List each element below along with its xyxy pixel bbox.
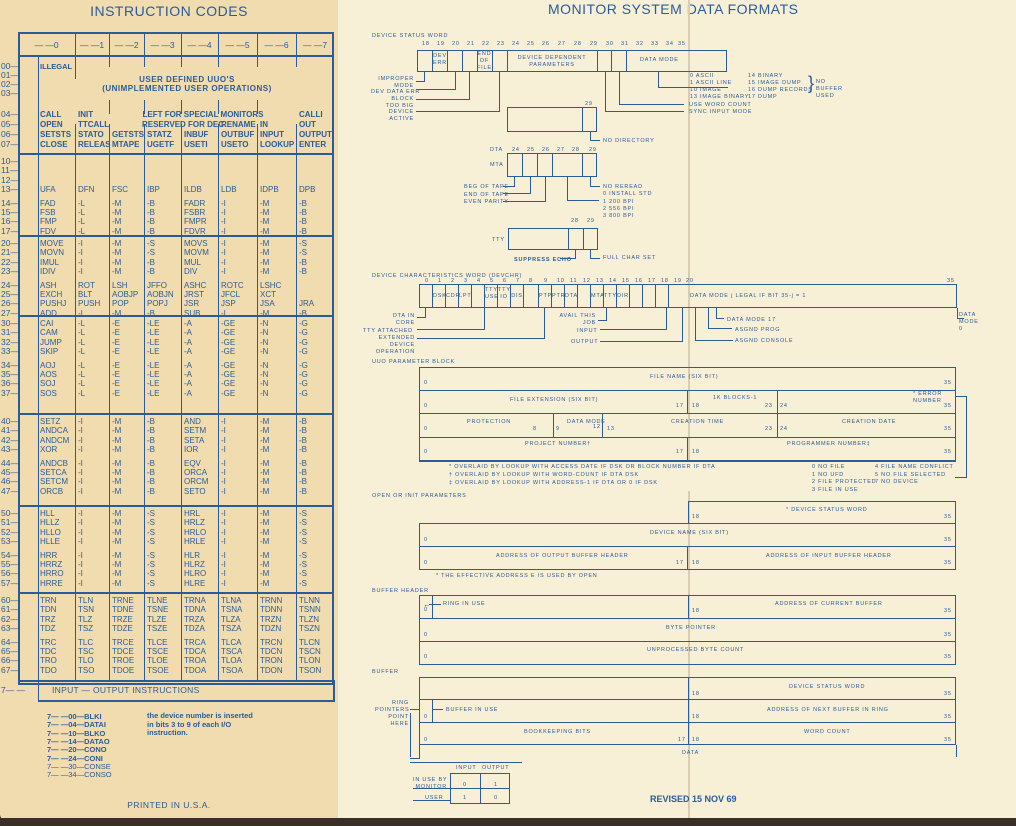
instruction-cell: -S: [299, 560, 307, 570]
instruction-cell: -E: [112, 347, 120, 357]
instruction-cell: USETO: [221, 140, 248, 150]
instruction-cell: -S: [299, 551, 307, 561]
connector-line: [503, 193, 531, 194]
instruction-cell: -S: [147, 537, 155, 547]
connector-line: [567, 200, 599, 201]
connector-line: [545, 177, 546, 201]
instruction-cell: STATZ: [147, 130, 172, 140]
instruction-cell: TSZN: [299, 624, 320, 634]
instruction-cell: -M: [112, 227, 121, 237]
instruction-cell: -L: [78, 338, 85, 348]
instruction-cell: PUSH: [78, 299, 100, 309]
connector-line: [716, 308, 717, 318]
data-modes-list-2: 14 BINARY 15 IMAGE DUMP 16 DUMP RECORDS …: [748, 73, 813, 101]
instruction-cell: TRNE: [112, 596, 134, 606]
bit-number: 35: [944, 537, 952, 544]
row-label: 43—: [1, 445, 19, 455]
instruction-cell: TSC: [78, 647, 94, 657]
instruction-cell: -B: [299, 436, 307, 446]
instruction-cell: -M: [260, 426, 269, 436]
bit-number: 33: [651, 41, 659, 48]
instruction-cell: SETCM: [40, 477, 68, 487]
instruction-cell: -I: [221, 528, 226, 538]
uuo-sub-label: (UNIMPLEMENTED USER OPERATIONS): [40, 84, 334, 93]
instruction-cell: TROA: [184, 656, 206, 666]
connector-line: [695, 308, 696, 340]
instruction-cell: STATO: [78, 130, 104, 140]
error-code: 0 NO FILE: [812, 464, 845, 471]
instruction-cell: TLO: [78, 656, 94, 666]
instruction-cell: TLZN: [299, 615, 319, 625]
instruction-cell: -M: [260, 468, 269, 478]
bit-number: 0: [424, 714, 428, 721]
mta-right-label: 0 INSTALL STD: [603, 191, 652, 198]
instruction-cell: CAM: [40, 328, 58, 338]
instruction-cell: -L: [78, 379, 85, 389]
instruction-cell: TRCE: [112, 638, 134, 648]
instruction-cell: -B: [299, 309, 307, 319]
instruction-cell: -B: [299, 199, 307, 209]
instruction-cell: MOVS: [184, 239, 208, 249]
instruction-cell: AND: [184, 417, 201, 427]
instruction-cell: -G: [299, 370, 308, 380]
mta-label: MTA: [490, 162, 504, 169]
instruction-cell: LOOKUP: [260, 140, 294, 150]
instruction-cell: -S: [299, 239, 307, 249]
instruction-cell: -A: [184, 319, 192, 329]
footnote: * OVERLAID BY LOOKUP WITH ACCESS DATE IF…: [449, 464, 716, 471]
instruction-cell: -S: [299, 579, 307, 589]
cell-value: 1: [494, 782, 498, 789]
instruction-cell: -M: [112, 468, 121, 478]
instruction-cell: -S: [147, 518, 155, 528]
instruction-cell: -I: [78, 468, 83, 478]
instruction-cell: -B: [299, 417, 307, 427]
io-row-label: 7— —: [1, 686, 25, 696]
instruction-cell: -I: [221, 487, 226, 497]
connector-line: [956, 396, 966, 397]
connector-line: [416, 99, 470, 100]
instruction-cell: -M: [260, 579, 269, 589]
column-header: — —5: [218, 40, 257, 50]
instruction-cell: TRON: [260, 656, 283, 666]
instruction-cell: -I: [221, 579, 226, 589]
instruction-cell: UGETF: [147, 140, 174, 150]
instruction-cell: AOS: [40, 370, 57, 380]
instruction-cell: MOVN: [40, 248, 64, 258]
connector-line: [600, 341, 683, 342]
instruction-cell: TSZA: [221, 624, 241, 634]
instruction-cell: OPEN: [40, 120, 63, 130]
bit-number: 35: [944, 737, 952, 744]
instruction-cell: -M: [260, 227, 269, 237]
instruction-cell: TDZE: [112, 624, 133, 634]
instruction-cell: -E: [112, 361, 120, 371]
instruction-cell: HLLZ: [40, 518, 60, 528]
error-code: 5 NO FILE SELECTED: [875, 472, 946, 479]
connector-line: [605, 111, 684, 112]
devchr-cell: LPT: [459, 293, 471, 300]
bit-number: 35: [944, 560, 952, 567]
column-divider: [181, 153, 182, 680]
connector-line: [410, 762, 522, 763]
instruction-cell: FDV: [40, 227, 56, 237]
instruction-cell: FMP: [40, 217, 57, 227]
instruction-cell: -M: [112, 445, 121, 455]
instruction-cell: HLR: [184, 551, 200, 561]
instruction-cell: -I: [221, 426, 226, 436]
connector-line: [480, 773, 481, 804]
avail-this-job-label: AVAIL THIS JOB: [556, 313, 596, 327]
connector-line: [619, 72, 620, 105]
instruction-cell: -I: [78, 436, 83, 446]
connector-line: [410, 709, 420, 710]
buffer-in-use-label: BUFFER IN USE: [446, 707, 498, 714]
instruction-cell: -I: [221, 417, 226, 427]
bit-number: 6: [503, 278, 507, 285]
connector-line: [966, 396, 967, 478]
error-code: 2 FILE PROTECTED: [812, 479, 876, 486]
row-label: 57—: [1, 579, 19, 589]
instruction-cell: HLLO: [40, 528, 61, 538]
instruction-cell: BLT: [78, 290, 92, 300]
instruction-cell: MUL: [184, 258, 201, 268]
instruction-cell: POP: [112, 299, 129, 309]
instruction-cell: SETO: [184, 487, 206, 497]
ring-pointers-label: RING POINTERS POINT HERE: [375, 700, 409, 728]
instruction-cell: -M: [112, 208, 121, 218]
bit-number: 18: [661, 278, 669, 285]
instruction-cell: ANDCM: [40, 436, 69, 446]
bit-number: 16: [635, 278, 643, 285]
instruction-cell: -E: [112, 370, 120, 380]
instruction-cell: MTAPE: [112, 140, 139, 150]
word-count-field: WORD COUNT: [804, 729, 851, 736]
bit-number: 18: [692, 514, 700, 521]
open-footnote: * THE EFFECTIVE ADDRESS E IS USED BY OPE…: [436, 573, 598, 580]
instruction-cell: HRLO: [184, 528, 206, 538]
instruction-cell: -LE: [147, 338, 159, 348]
instruction-cell: -M: [112, 487, 121, 497]
row-divider: [419, 641, 956, 642]
instruction-cell: OUTPUT: [299, 130, 332, 140]
data-arrow: [956, 745, 957, 757]
uuo-parameter-block: [419, 367, 956, 462]
instruction-cell: TLCN: [299, 638, 320, 648]
instruction-cell: -M: [112, 551, 121, 561]
instruction-cell: -I: [221, 468, 226, 478]
instruction-cell: TLZE: [147, 615, 167, 625]
instruction-cell: -I: [221, 518, 226, 528]
instruction-cell: -M: [112, 579, 121, 589]
bit-number: 18: [692, 737, 700, 744]
connector-line: [598, 320, 607, 321]
instruction-cell: -M: [260, 217, 269, 227]
instruction-cell: TLN: [78, 596, 93, 606]
instruction-cell: -M: [260, 199, 269, 209]
instruction-cell: FAD: [40, 199, 56, 209]
column-header: — —3: [144, 40, 181, 50]
instruction-cell: -S: [299, 537, 307, 547]
instruction-cell: JSR: [184, 299, 199, 309]
instruction-cell: HRL: [184, 509, 200, 519]
row-label: 17—: [1, 227, 19, 237]
devchr-cell: PTR: [552, 293, 564, 300]
row-label: 33—: [1, 347, 19, 357]
instruction-cell: JUMP: [40, 338, 62, 348]
instruction-cell: TLOA: [221, 656, 242, 666]
uuo-label: USER DEFINED UUO'S: [40, 75, 334, 84]
bit-number: 18: [422, 41, 430, 48]
instruction-cell: TDNN: [260, 605, 282, 615]
instruction-cell: TLCE: [147, 638, 167, 648]
bit-number: 20: [686, 278, 694, 285]
instruction-cell: -N: [260, 328, 268, 338]
instruction-cell: TLOE: [147, 656, 168, 666]
instruction-cell: -B: [147, 487, 155, 497]
instruction-cell: IOR: [184, 445, 198, 455]
printed-in-usa: PRINTED IN U.S.A.: [0, 800, 338, 810]
instruction-cell: HRR: [40, 551, 57, 561]
instruction-cell: PUSHJ: [40, 299, 66, 309]
instruction-cell: -B: [299, 208, 307, 218]
group-divider: [18, 680, 334, 682]
instruction-cell: SUB: [184, 309, 200, 319]
instruction-cell: TRZE: [112, 615, 133, 625]
bit-number: 30: [606, 41, 614, 48]
instruction-cell: HLRO: [184, 569, 206, 579]
footnote: ‡ OVERLAID BY LOOKUP WITH ADDRESS-1 IF D…: [449, 480, 658, 487]
instruction-cell: TRNN: [260, 596, 282, 606]
instruction-cell: -M: [260, 528, 269, 538]
device-status-word-field: DEVICE STATUS WORD: [789, 684, 865, 691]
no-directory-label: NO DIRECTORY: [603, 138, 655, 145]
instruction-cell: -M: [112, 309, 121, 319]
instruction-cell: -I: [221, 436, 226, 446]
instruction-cell: -M: [260, 560, 269, 570]
instruction-cell: -E: [112, 319, 120, 329]
instruction-cell: -I: [221, 208, 226, 218]
instruction-cell: TLC: [78, 638, 93, 648]
bit-number: 1: [438, 278, 442, 285]
connector-line: [416, 111, 500, 112]
instruction-cell: -I: [78, 267, 83, 277]
instruction-cell: TLNE: [147, 596, 167, 606]
ring-in-use-label: RING IN USE: [443, 601, 485, 608]
bit-number: 8: [529, 278, 533, 285]
bit-number: 32: [636, 41, 644, 48]
column-divider: [218, 153, 219, 680]
input-column-header: INPUT: [456, 765, 477, 772]
input-label: INPUT: [577, 328, 598, 335]
instruction-cell: TDO: [40, 666, 57, 676]
devchr-cell: DIR: [617, 293, 629, 300]
column-divider: [109, 57, 110, 67]
instruction-cell: -I: [221, 239, 226, 249]
bit-number: 28: [571, 218, 579, 225]
instruction-cell: -B: [147, 208, 155, 218]
instruction-cell: -I: [221, 309, 226, 319]
instruction-cell: DFN: [78, 185, 94, 195]
bit-number: 35: [944, 691, 952, 698]
row-label: 27—: [1, 309, 19, 319]
bit-number: 10: [557, 278, 565, 285]
instruction-cell: -M: [112, 417, 121, 427]
connector-line: [469, 72, 470, 99]
instruction-cell: -S: [147, 509, 155, 519]
connector-line: [413, 788, 450, 789]
instruction-cell: RELEAS: [78, 140, 110, 150]
instruction-cell: TSN: [78, 605, 94, 615]
instruction-cell: -L: [78, 319, 85, 329]
instruction-cell: TRO: [40, 656, 57, 666]
group-divider: [18, 592, 334, 594]
instruction-cell: ORCB: [40, 487, 63, 497]
instruction-cell: ORCA: [184, 468, 207, 478]
instruction-cell: -B: [299, 267, 307, 277]
instruction-cell: -L: [78, 347, 85, 357]
instruction-cell: FMPR: [184, 217, 207, 227]
field-divider: [642, 284, 643, 308]
cell-value: 0: [494, 795, 498, 802]
instruction-cell: MOVE: [40, 239, 64, 249]
bit-number: 22: [482, 41, 490, 48]
group-divider: [18, 413, 334, 415]
instruction-cell: CLOSE: [40, 140, 68, 150]
devchr-cell: DTA: [565, 293, 577, 300]
instruction-cell: ILDB: [184, 185, 202, 195]
connector-line: [410, 713, 411, 757]
instruction-cell: TDCA: [184, 647, 206, 657]
instruction-cell: TSZ: [78, 624, 93, 634]
page-title-right: MONITOR SYSTEM DATA FORMATS: [548, 1, 798, 17]
open-init-label: OPEN OR INIT PARAMETERS: [372, 493, 467, 500]
instruction-cell: CALLI: [299, 110, 323, 120]
header-divider: [18, 55, 334, 57]
instruction-cell: TDOA: [184, 666, 206, 676]
illegal-label: ILLEGAL: [40, 62, 72, 72]
bit-number: 18: [692, 560, 700, 567]
instruction-cell: -GE: [221, 370, 235, 380]
connector-line: [417, 338, 545, 339]
instruction-cell: -I: [78, 258, 83, 268]
bit-number: 0: [424, 737, 428, 744]
field-divider: [655, 284, 656, 308]
bit-number: 35: [947, 278, 955, 285]
instruction-cell: HRRZ: [40, 560, 62, 570]
instruction-cell: INBUF: [184, 130, 208, 140]
instruction-cell: UFA: [40, 185, 56, 195]
instruction-cell: -I: [221, 560, 226, 570]
instruction-cell: -I: [221, 199, 226, 209]
instruction-cell: TRCN: [260, 638, 282, 648]
instruction-cell: -I: [78, 569, 83, 579]
instruction-cell: HLL: [40, 509, 55, 519]
column-header: — —6: [257, 40, 296, 50]
dta-in-core-label: DTA IN CORE: [383, 313, 415, 327]
instruction-cell: -I: [78, 560, 83, 570]
instruction-cell: FSC: [112, 185, 128, 195]
instruction-cell: TSCA: [221, 647, 242, 657]
bit-number: 19: [674, 278, 682, 285]
instruction-cell: TDZ: [40, 624, 56, 634]
connector-line: [658, 72, 659, 88]
column-divider: [257, 57, 258, 67]
bit-number: 18: [692, 608, 700, 615]
devchr-cell: TTY USE: [485, 287, 497, 301]
instruction-cell: JFCL: [221, 290, 240, 300]
instruction-cell: TTCALL: [78, 120, 109, 130]
connector-line: [590, 186, 600, 187]
mta-right-label: 2 556 BPI: [603, 206, 634, 213]
bit-number: 11: [570, 278, 577, 285]
instruction-cell: TDZA: [184, 624, 205, 634]
column-divider: [181, 57, 182, 67]
page-title-left: INSTRUCTION CODES: [0, 3, 338, 19]
row-label: 63—: [1, 624, 19, 634]
instruction-cell: -S: [147, 248, 155, 258]
connector-line: [955, 477, 967, 478]
instruction-cell: -GE: [221, 328, 235, 338]
instruction-cell: -I: [78, 551, 83, 561]
current-buffer-field: ADDRESS OF CURRENT BUFFER: [775, 601, 883, 608]
instruction-cell: -B: [299, 477, 307, 487]
instruction-cell: -I: [221, 248, 226, 258]
instruction-cell: -B: [147, 199, 155, 209]
column-divider: [296, 57, 297, 67]
group-divider: [18, 235, 334, 237]
instruction-cell: FADR: [184, 199, 205, 209]
instruction-cell: TDON: [260, 666, 283, 676]
instruction-cell: HRRE: [40, 579, 63, 589]
row-divider: [419, 618, 956, 619]
instruction-cell: -GE: [221, 319, 235, 329]
bit-number: 0: [424, 560, 428, 567]
bit-number: 20: [452, 41, 460, 48]
buffer-label: BUFFER: [372, 669, 399, 676]
instruction-cell: -B: [147, 477, 155, 487]
instruction-cell: -S: [299, 509, 307, 519]
field-divider: [597, 50, 598, 72]
instruction-cell: -B: [147, 436, 155, 446]
data-mode-17-label: DATA MODE 17: [727, 317, 776, 324]
no-buffer-used-label: NO BUFFER USED: [816, 79, 843, 100]
instruction-cell: OUTBUF: [221, 130, 254, 140]
instruction-cell: ADD: [40, 309, 57, 319]
instruction-cell: -B: [147, 309, 155, 319]
instruction-cell: -I: [221, 537, 226, 547]
instruction-cell: -N: [260, 389, 268, 399]
connector-line: [590, 258, 600, 259]
instruction-cell: -I: [221, 551, 226, 561]
instruction-cell: -I: [221, 477, 226, 487]
connector-line: [716, 318, 724, 319]
row-label: 03—: [1, 89, 19, 99]
instruction-cell: -M: [112, 477, 121, 487]
bit-number: 5: [490, 278, 494, 285]
instruction-cell: -L: [78, 199, 85, 209]
bit-number: 35: [944, 514, 952, 521]
row-label-margin: [38, 680, 39, 702]
group-divider: [18, 505, 334, 507]
instruction-cell: -A: [184, 347, 192, 357]
instruction-cell: -M: [112, 528, 121, 538]
error-code: 7 NO DEVICE: [875, 479, 919, 486]
field-divider: [447, 50, 448, 72]
instruction-cell: SOS: [40, 389, 57, 399]
instruction-cell: -M: [260, 487, 269, 497]
mta-right-label: 3 800 BPI: [603, 213, 634, 220]
